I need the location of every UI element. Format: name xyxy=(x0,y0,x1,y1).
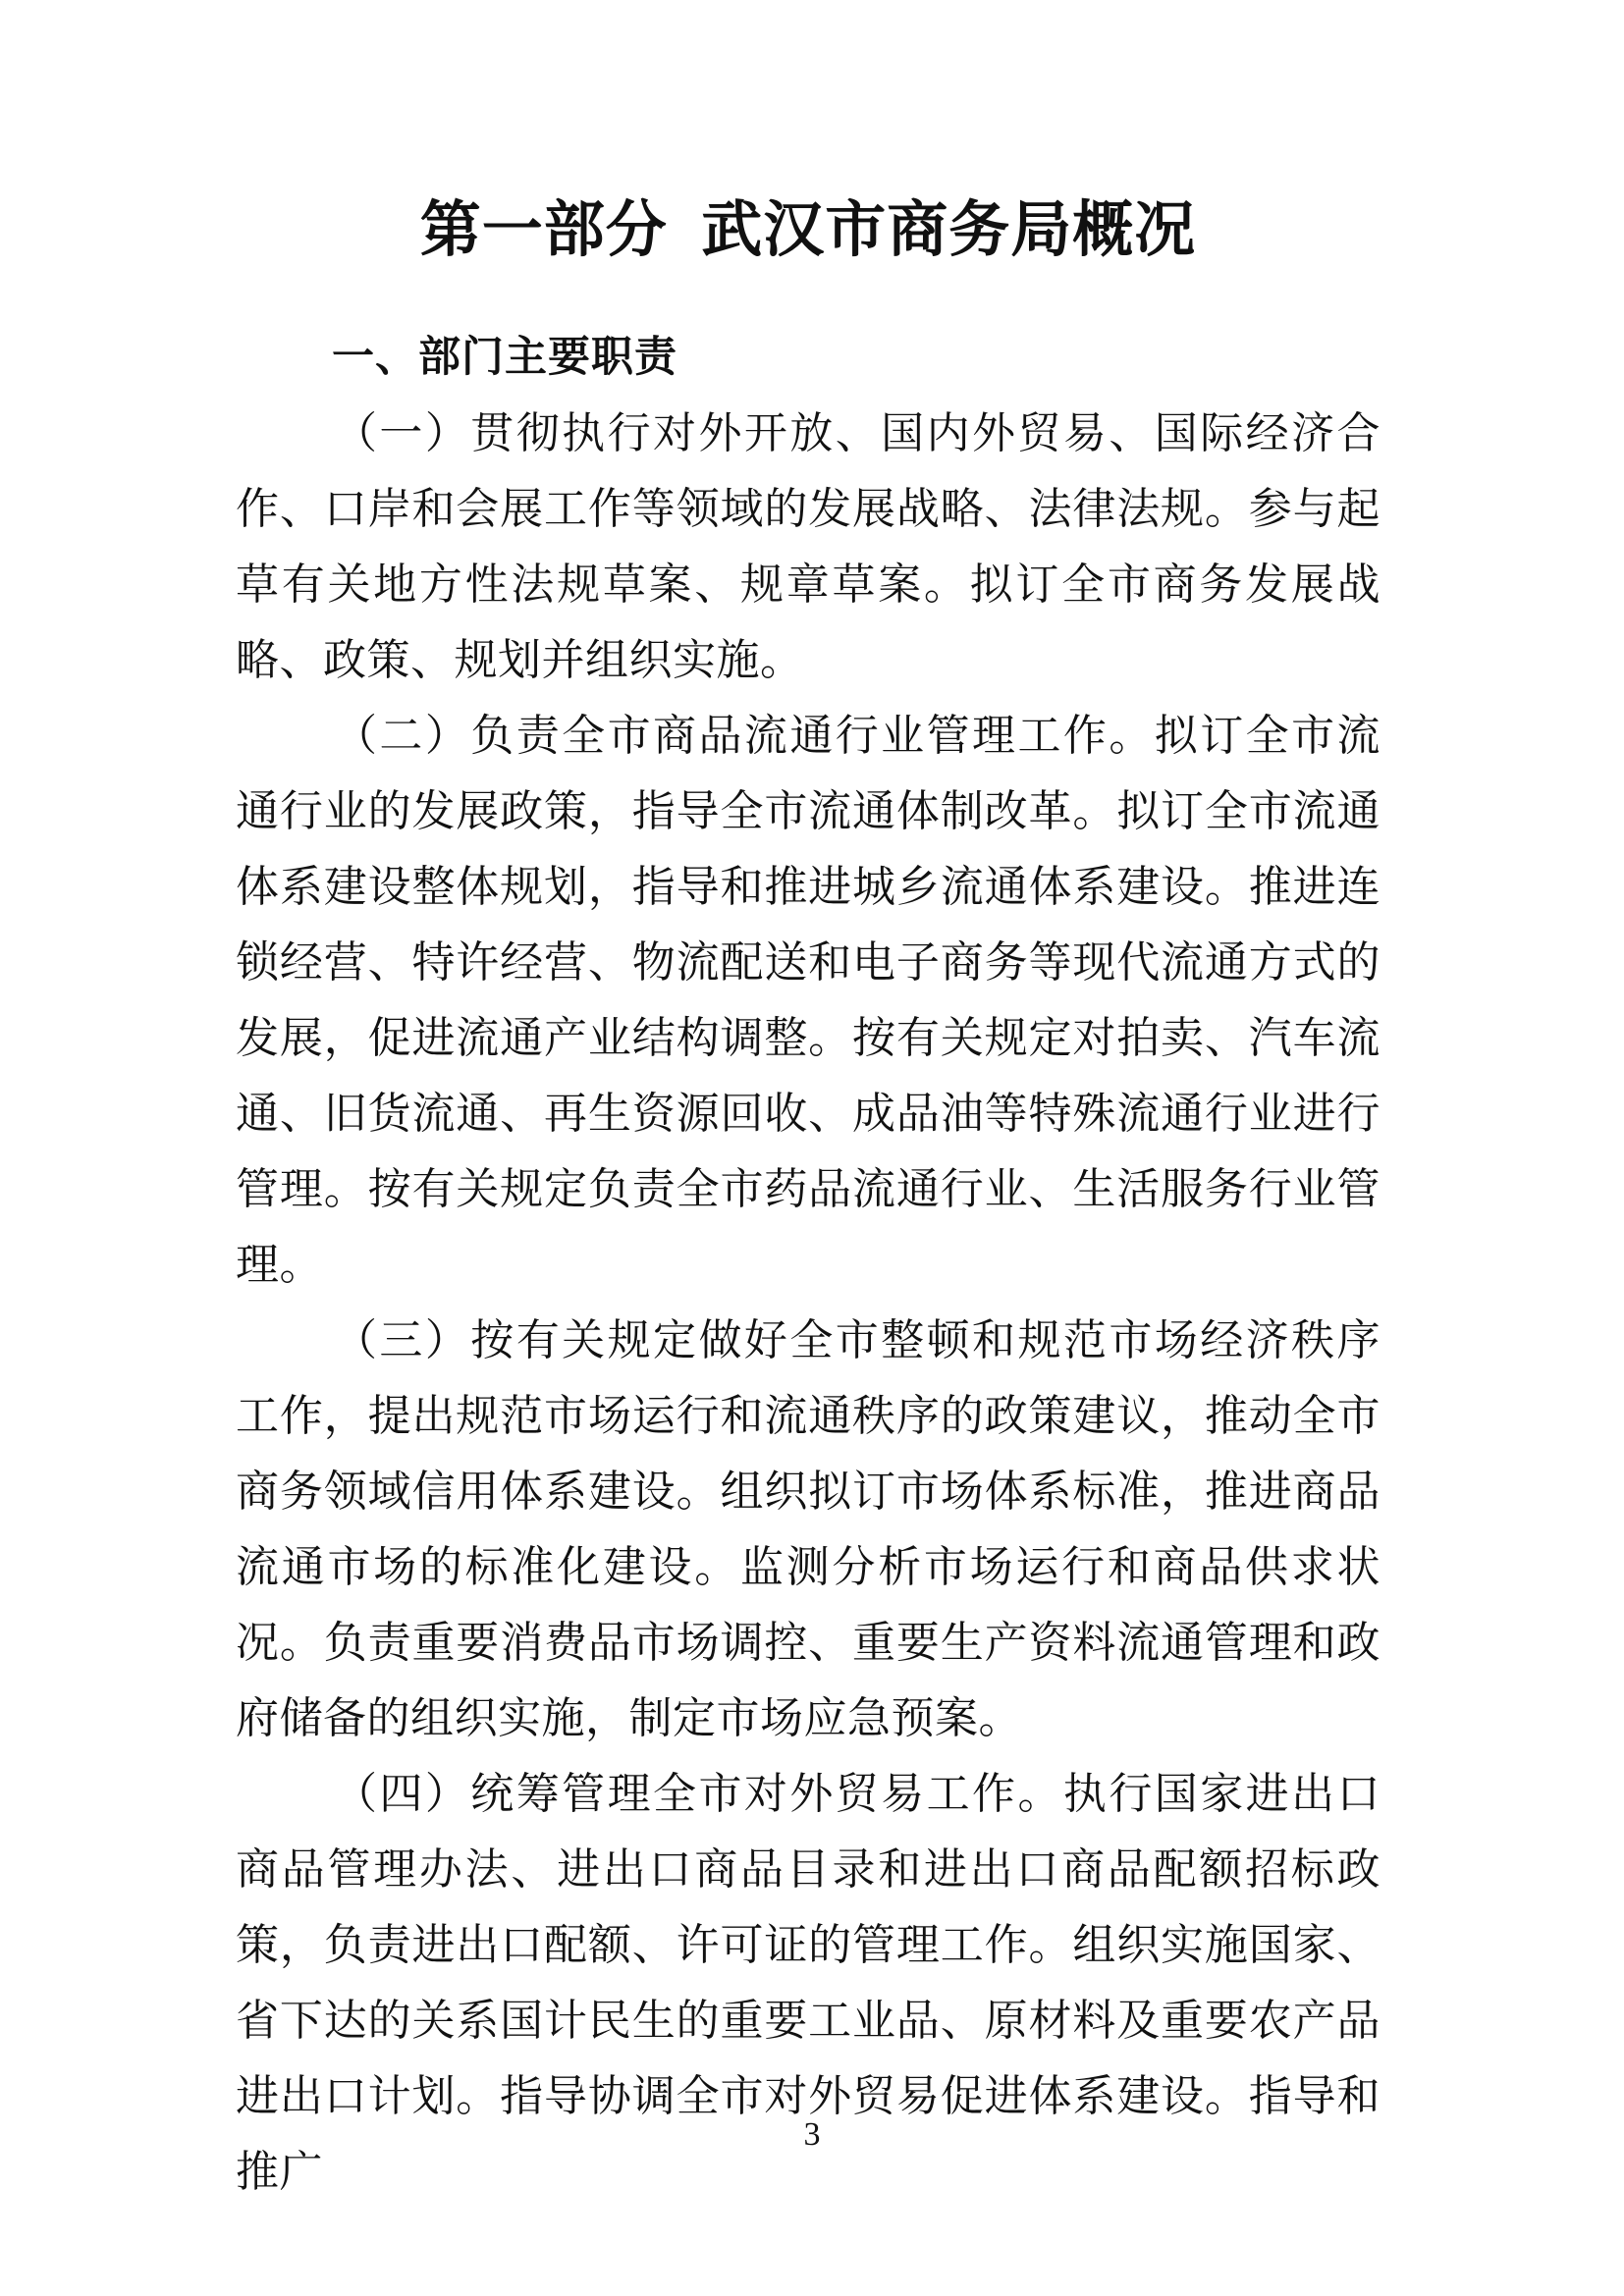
section-heading: 一、部门主要职责 xyxy=(236,320,1380,396)
document-page: 第一部分 武汉市商务局概况 一、部门主要职责 （一）贯彻执行对外开放、国内外贸易… xyxy=(0,0,1624,2296)
paragraph-duty-1: （一）贯彻执行对外开放、国内外贸易、国际经济合作、口岸和会展工作等领域的发展战略… xyxy=(236,396,1380,698)
paragraph-duty-2: （二）负责全市商品流通行业管理工作。拟订全市流通行业的发展政策，指导全市流通体制… xyxy=(236,698,1380,1303)
paragraph-duty-3: （三）按有关规定做好全市整顿和规范市场经济秩序工作，提出规范市场运行和流通秩序的… xyxy=(236,1303,1380,1756)
page-number: 3 xyxy=(0,2116,1624,2154)
page-title: 第一部分 武汉市商务局概况 xyxy=(236,196,1380,265)
